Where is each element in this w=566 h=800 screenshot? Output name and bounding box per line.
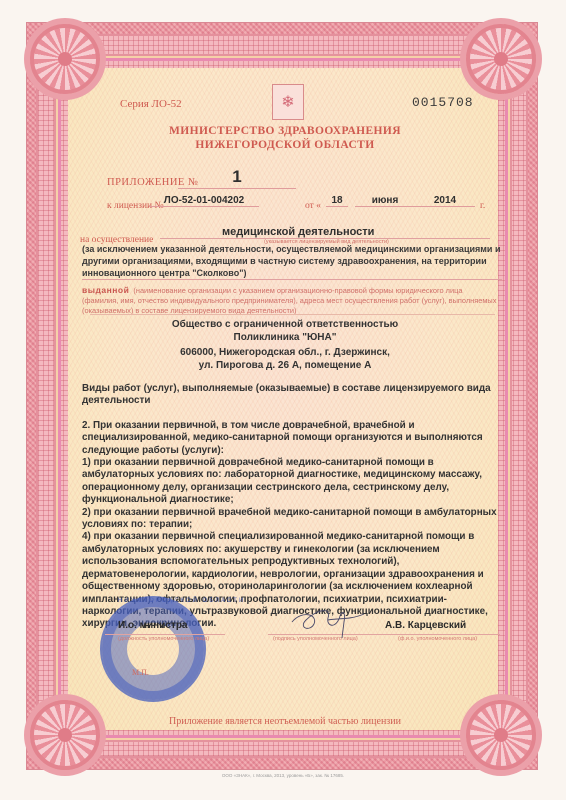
address-line-1: 606000, Нижегородская обл., г. Дзержинск… [100, 347, 470, 360]
issuer-line-1: МИНИСТЕРСТВО ЗДРАВООХРАНЕНИЯ [100, 124, 470, 138]
seal-mark: М.П. [132, 668, 149, 677]
issued-to-caption: выданной (наименование организации с ука… [82, 285, 500, 316]
works-paragraph: 2) при оказании первичной врачебной меди… [82, 507, 502, 532]
license-number: ЛО-52-01-004202 [149, 195, 259, 207]
license-month: июня [355, 195, 415, 207]
works-paragraph: 1) при оказании первичной доврачебной ме… [82, 457, 502, 507]
issued-caption: (наименование организации с указанием ор… [82, 286, 496, 315]
coat-of-arms-icon: ❄ [272, 84, 304, 120]
activity-value: медицинской деятельности [160, 226, 490, 239]
position-caption: (должность уполномоченного лица) [118, 636, 209, 642]
position-line [105, 634, 225, 635]
works-paragraph: 2. При оказании первичной, в том числе д… [82, 420, 502, 457]
rosette-icon [30, 700, 100, 770]
signatory-name: А.В. Карцевский [385, 620, 466, 631]
name-line [390, 634, 500, 635]
organization-name-line-1: Общество с ограниченной ответственностью [100, 319, 470, 332]
stamp-text: НИЖЕГОРОДСКОЙ ОБЛАСТИ [118, 598, 245, 604]
license-day: 18 [326, 195, 348, 207]
serial-number: 0015708 [412, 95, 474, 110]
official-stamp [100, 596, 206, 702]
organization-address: 606000, Нижегородская обл., г. Дзержинск… [100, 347, 470, 372]
footer-note: Приложение является неотъемлемой частью … [100, 716, 470, 727]
date-from-label: от « [305, 201, 321, 211]
handwritten-signature-icon [288, 600, 368, 640]
divider [90, 314, 495, 315]
printer-imprint: ООО «ЗНАК», г. Москва, 2013, уровень «Б»… [150, 773, 416, 778]
address-line-2: ул. Пирогова д. 26 А, помещение А [100, 360, 470, 373]
appendix-number: 1 [178, 167, 296, 189]
rosette-icon [466, 24, 536, 94]
name-caption: (ф.и.о. уполномоченного лица) [398, 636, 477, 642]
rosette-icon [466, 700, 536, 770]
series-label: Серия ЛО-52 [120, 98, 182, 110]
rosette-icon [30, 24, 100, 94]
license-appendix-sheet: Серия ЛО-52 ❄ 0015708 МИНИСТЕРСТВО ЗДРАВ… [0, 0, 566, 800]
issued-label: выданной [82, 285, 129, 295]
signatory-position: И.о. министра [118, 620, 188, 631]
year-suffix: г. [480, 201, 485, 211]
license-year: 2014 [415, 195, 475, 207]
issuer-title: МИНИСТЕРСТВО ЗДРАВООХРАНЕНИЯ НИЖЕГОРОДСК… [100, 124, 470, 152]
activity-note: (за исключением указанной деятельности, … [82, 243, 502, 280]
organization-name: Общество с ограниченной ответственностью… [100, 319, 470, 344]
organization-name-line-2: Поликлиника "ЮНА" [100, 332, 470, 345]
issuer-line-2: НИЖЕГОРОДСКОЙ ОБЛАСТИ [100, 138, 470, 152]
works-section: Виды работ (услуг), выполняемые (оказыва… [82, 383, 502, 631]
works-heading: Виды работ (услуг), выполняемые (оказыва… [82, 383, 502, 408]
